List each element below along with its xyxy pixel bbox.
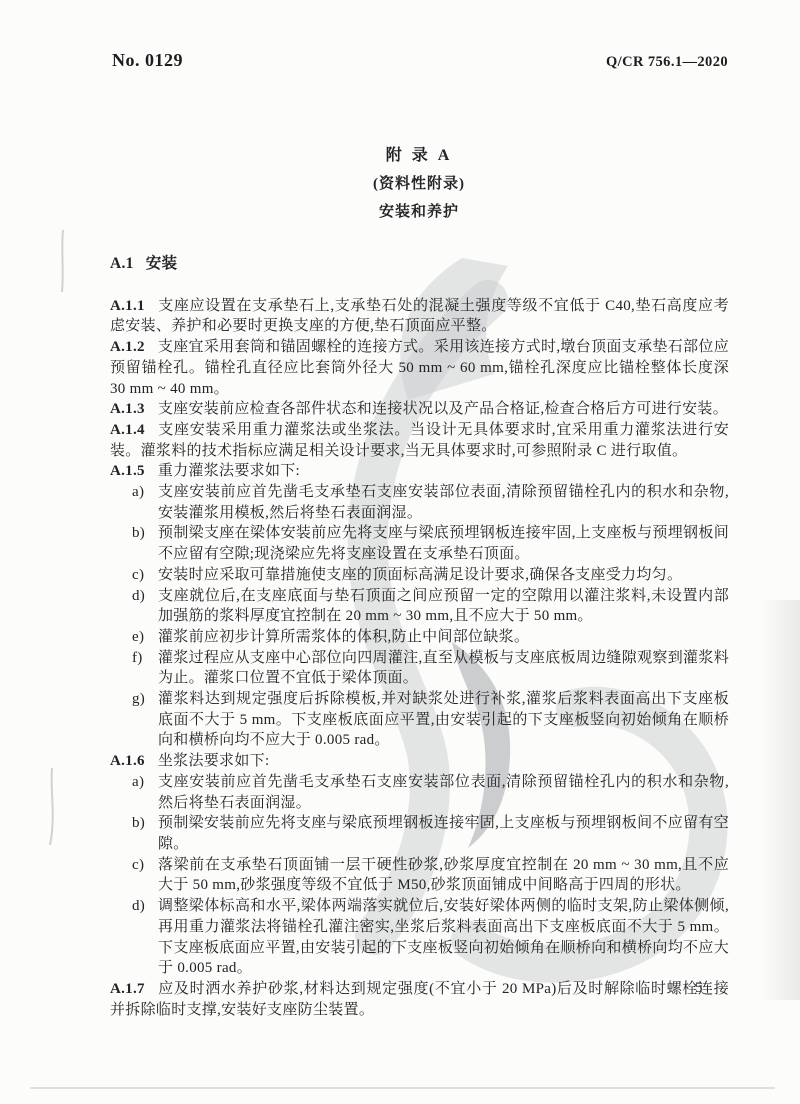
list-item: f)灌浆过程应从支座中心部位向四周灌注,直至从模板与支座底板周边缝隙观察到灌浆料… [110, 648, 729, 689]
list-item: e)灌浆前应初步计算所需浆体的体积,防止中间部位缺浆。 [110, 627, 729, 648]
section-name: 安装 [146, 255, 178, 272]
clause-text: 支座宜采用套筒和锚固螺栓的连接方式。采用该连接方式时,墩台顶面支承垫石部位应预留… [110, 339, 729, 396]
clause-a17: A.1.7应及时洒水养护砂浆,材料达到规定强度(不宜小于 20 MPa)后及时解… [110, 979, 729, 1020]
clause-text: 应及时洒水养护砂浆,材料达到规定强度(不宜小于 20 MPa)后及时解除临时螺栓… [110, 981, 729, 1018]
clause-a15: A.1.5重力灌浆法要求如下: [110, 461, 729, 482]
list-item: b)预制梁安装前应先将支座与梁底预埋钢板连接牢固,上支座板与预埋钢板间不应留有空… [110, 813, 729, 854]
list-item-text: 落梁前在支承垫石顶面铺一层干硬性砂浆,砂浆厚度宜控制在 20 mm ~ 30 m… [158, 857, 729, 894]
list-item-letter: f) [132, 648, 143, 669]
clause-text: 重力灌浆法要求如下: [158, 463, 300, 479]
list-item-letter: b) [132, 813, 145, 834]
section-number: A.1 [110, 255, 146, 272]
list-item-letter: a) [132, 772, 144, 793]
scan-edge-shading [762, 600, 800, 1000]
document-body: A.1安装 A.1.1支座应设置在支承垫石上,支承垫石处的混凝土强度等级不宜低于… [110, 254, 729, 1020]
list-item: d)支座就位后,在支座底面与垫石顶面之间应预留一定的空隙用以灌注浆料,未设置内部… [110, 586, 729, 627]
appendix-type: (资料性附录) [110, 174, 728, 194]
clause-a16: A.1.6坐浆法要求如下: [110, 751, 729, 772]
document-serial-number: No. 0129 [112, 50, 183, 71]
list-item-letter: c) [132, 855, 144, 876]
list-item-text: 预制梁安装前应先将支座与梁底预埋钢板连接牢固,上支座板与预埋钢板间不应留有空隙。 [158, 815, 729, 852]
list-item: b)预制梁支座在梁体安装前应先将支座与梁底预埋钢板连接牢固,上支座板与预埋钢板间… [110, 523, 729, 564]
clause-number: A.1.4 [110, 422, 158, 438]
clause-text: 坐浆法要求如下: [158, 753, 270, 769]
list-item: a)支座安装前应首先凿毛支承垫石支座安装部位表面,清除预留锚栓孔内的积水和杂物,… [110, 772, 729, 813]
scanned-document-page: No. 0129 Q/CR 756.1—2020 附 录 A (资料性附录) 安… [0, 0, 800, 1104]
list-item-text: 灌浆前应初步计算所需浆体的体积,防止中间部位缺浆。 [158, 629, 529, 645]
clause-number: A.1.3 [110, 401, 158, 417]
clause-text: 支座安装前应检查各部件状态和连接状况以及产品合格证,检查合格后方可进行安装。 [158, 401, 728, 417]
list-item: g)灌浆料达到规定强度后拆除模板,并对缺浆处进行补浆,灌浆后浆料表面高出下支座板… [110, 689, 729, 751]
list-item-letter: e) [132, 627, 144, 648]
list-item-text: 灌浆过程应从支座中心部位向四周灌注,直至从模板与支座底板周边缝隙观察到灌浆料为止… [158, 650, 729, 687]
list-item-letter: d) [132, 586, 145, 607]
clause-a12: A.1.2支座宜采用套筒和锚固螺栓的连接方式。采用该连接方式时,墩台顶面支承垫石… [110, 337, 729, 399]
list-item-letter: a) [132, 482, 144, 503]
list-item-text: 预制梁支座在梁体安装前应先将支座与梁底预埋钢板连接牢固,上支座板与预埋钢板间不应… [158, 525, 729, 562]
clause-a14: A.1.4支座安装采用重力灌浆法或坐浆法。当设计无具体要求时,宜采用重力灌浆法进… [110, 420, 729, 461]
clause-number: A.1.6 [110, 753, 158, 769]
appendix-title-block: 附 录 A (资料性附录) 安装和养护 [110, 146, 728, 222]
list-item-text: 调整梁体标高和水平,梁体两端落实就位后,安装好梁体两侧的临时支架,防止梁体侧倾,… [158, 898, 729, 976]
list-item-letter: c) [132, 565, 144, 586]
clause-text: 支座安装采用重力灌浆法或坐浆法。当设计无具体要求时,宜采用重力灌浆法进行安装。灌… [110, 422, 729, 459]
list-item-text: 支座安装前应首先凿毛支承垫石支座安装部位表面,清除预留锚栓孔内的积水和杂物,安装… [158, 484, 729, 521]
clause-number: A.1.2 [110, 339, 158, 355]
standard-code: Q/CR 756.1—2020 [606, 54, 728, 71]
list-item: d)调整梁体标高和水平,梁体两端落实就位后,安装好梁体两侧的临时支架,防止梁体侧… [110, 896, 729, 979]
appendix-heading: 附 录 A [110, 146, 728, 166]
list-item-text: 安装时应采取可靠措施使支座的顶面标高满足设计要求,确保各支座受力均匀。 [158, 567, 682, 583]
list-item-letter: g) [132, 689, 145, 710]
list-item-letter: d) [132, 896, 145, 917]
list-item: c)安装时应采取可靠措施使支座的顶面标高满足设计要求,确保各支座受力均匀。 [110, 565, 729, 586]
list-item-text: 支座安装前应首先凿毛支承垫石支座安装部位表面,清除预留锚栓孔内的积水和杂物,然后… [158, 774, 729, 811]
list-item: c)落梁前在支承垫石顶面铺一层干硬性砂浆,砂浆厚度宜控制在 20 mm ~ 30… [110, 855, 729, 896]
clause-number: A.1.1 [110, 298, 158, 314]
page-number: 5 [695, 980, 703, 997]
section-heading: A.1安装 [110, 254, 729, 275]
appendix-name: 安装和养护 [110, 202, 728, 222]
pencil-mark-top [62, 230, 63, 292]
list-item-text: 支座就位后,在支座底面与垫石顶面之间应预留一定的空隙用以灌注浆料,未设置内部加强… [158, 588, 729, 625]
clause-number: A.1.5 [110, 463, 158, 479]
list-item-letter: b) [132, 523, 145, 544]
list-item-text: 灌浆料达到规定强度后拆除模板,并对缺浆处进行补浆,灌浆后浆料表面高出下支座板底面… [158, 691, 729, 748]
clause-number: A.1.7 [110, 981, 158, 997]
clause-a11: A.1.1支座应设置在支承垫石上,支承垫石处的混凝土强度等级不宜低于 C40,垫… [110, 296, 729, 337]
pencil-mark-bottom [50, 768, 53, 845]
list-item: a)支座安装前应首先凿毛支承垫石支座安装部位表面,清除预留锚栓孔内的积水和杂物,… [110, 482, 729, 523]
clause-a13: A.1.3支座安装前应检查各部件状态和连接状况以及产品合格证,检查合格后方可进行… [110, 399, 729, 420]
clause-text: 支座应设置在支承垫石上,支承垫石处的混凝土强度等级不宜低于 C40,垫石高度应考… [110, 298, 729, 335]
